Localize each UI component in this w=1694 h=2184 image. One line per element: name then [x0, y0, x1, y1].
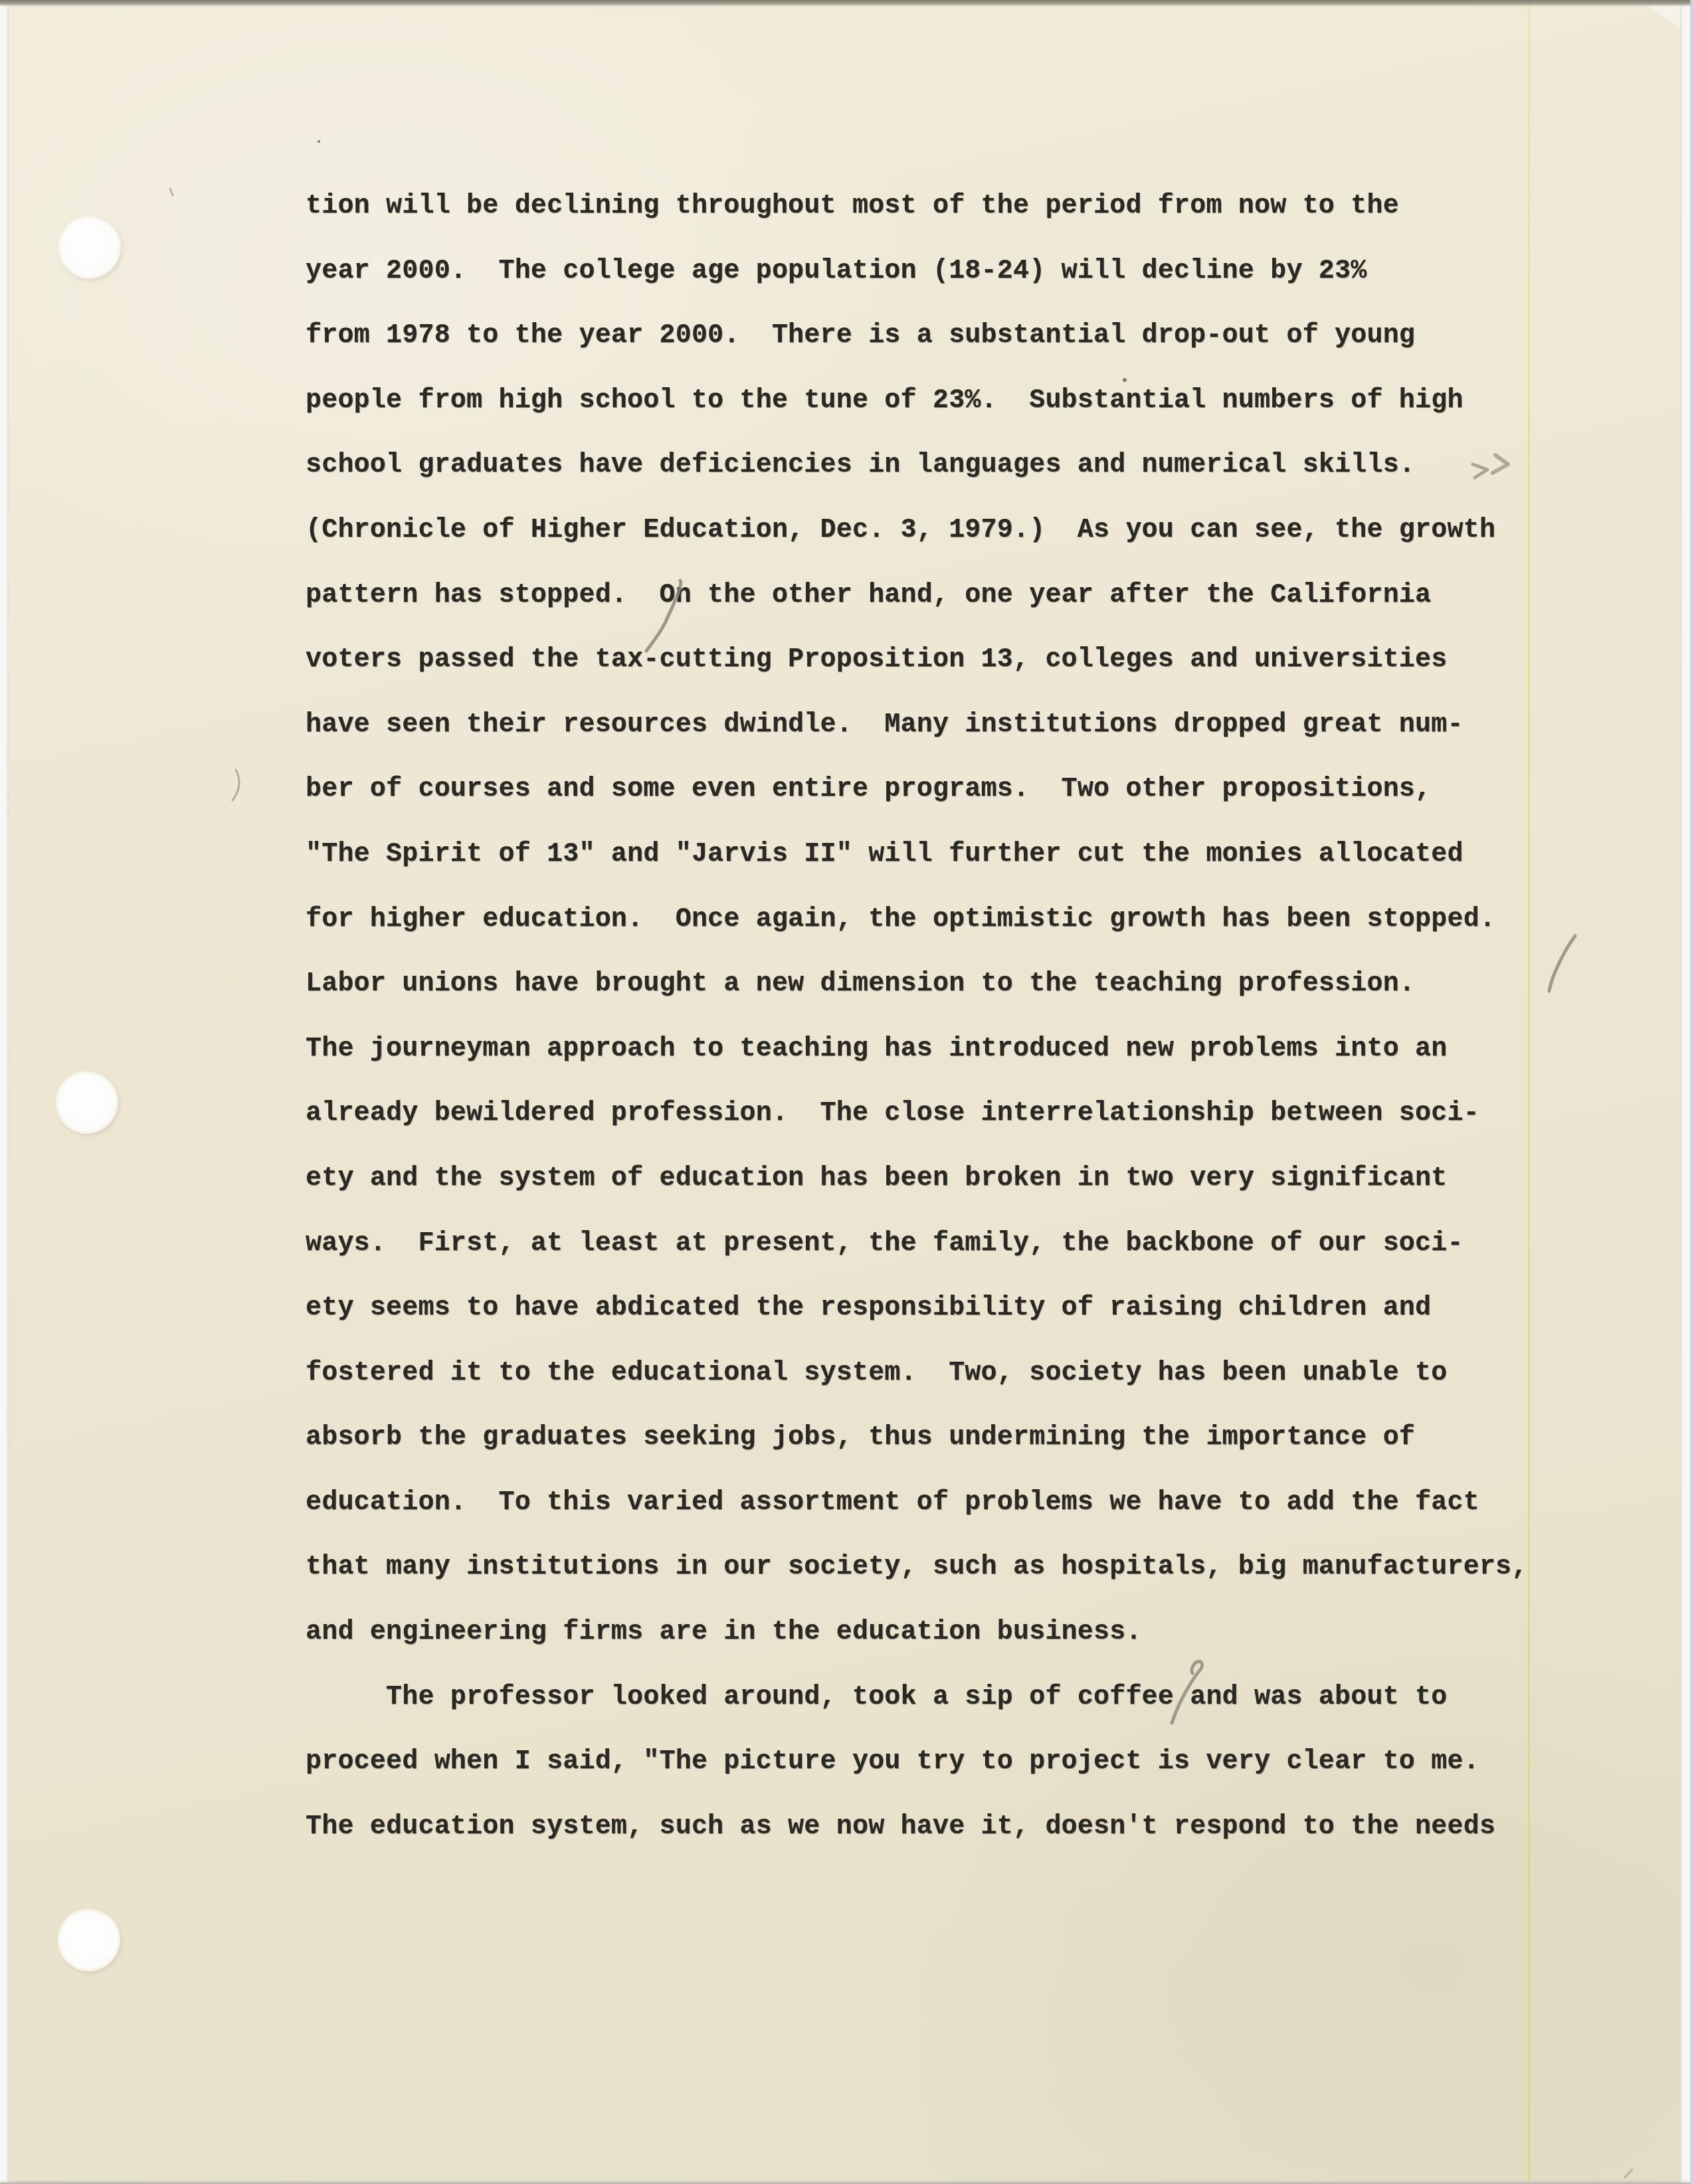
typed-line: ety and the system of education has been…: [306, 1146, 1608, 1212]
scanned-page: tion will be declining throughout most o…: [0, 0, 1694, 2184]
typed-line: from 1978 to the year 2000. There is a s…: [306, 304, 1608, 369]
typed-line: The education system, such as we now hav…: [306, 1795, 1608, 1860]
hole-punch-middle: [58, 1073, 116, 1132]
typed-line: proceed when I said, "The picture you tr…: [306, 1730, 1608, 1795]
typed-line: absorb the graduates seeking jobs, thus …: [306, 1406, 1608, 1471]
typed-line: (Chronicle of Higher Education, Dec. 3, …: [306, 498, 1608, 563]
typed-line: ety seems to have abdicated the responsi…: [306, 1276, 1608, 1341]
typed-line: education. To this varied assortment of …: [306, 1471, 1608, 1536]
typed-line: have seen their resources dwindle. Many …: [306, 693, 1608, 758]
scanner-top-edge: [0, 0, 1694, 7]
typed-line: school graduates have deficiencies in la…: [306, 433, 1608, 498]
scanner-right-edge: [1689, 0, 1694, 2184]
typed-line: ways. First, at least at present, the fa…: [306, 1212, 1608, 1277]
typed-line: The journeyman approach to teaching has …: [306, 1017, 1608, 1082]
typed-line: The professor looked around, took a sip …: [306, 1665, 1608, 1730]
typed-line: voters passed the tax-cutting Propositio…: [306, 628, 1608, 693]
typed-text-block: tion will be declining throughout most o…: [306, 174, 1608, 1859]
typed-line: ber of courses and some even entire prog…: [306, 757, 1608, 822]
typed-line: people from high school to the tune of 2…: [306, 369, 1608, 434]
corner-fold: [1640, 5, 1680, 30]
typed-line: pattern has stopped. On the other hand, …: [306, 563, 1608, 628]
hole-punch-bottom: [60, 1911, 118, 1969]
typed-line: that many institutions in our society, s…: [306, 1535, 1608, 1600]
hole-punch-top: [60, 219, 119, 277]
typed-line: tion will be declining throughout most o…: [306, 174, 1608, 239]
typed-line: Labor unions have brought a new dimensio…: [306, 952, 1608, 1017]
typed-line: already bewildered profession. The close…: [306, 1081, 1608, 1146]
typed-line: fostered it to the educational system. T…: [306, 1341, 1608, 1406]
typed-line: for higher education. Once again, the op…: [306, 887, 1608, 953]
typed-line: and engineering firms are in the educati…: [306, 1600, 1608, 1665]
typed-line: year 2000. The college age population (1…: [306, 239, 1608, 304]
typed-line: "The Spirit of 13" and "Jarvis II" will …: [306, 822, 1608, 887]
scanner-bottom-edge: [0, 2180, 1694, 2184]
paper-sheet: tion will be declining throughout most o…: [9, 5, 1680, 2181]
